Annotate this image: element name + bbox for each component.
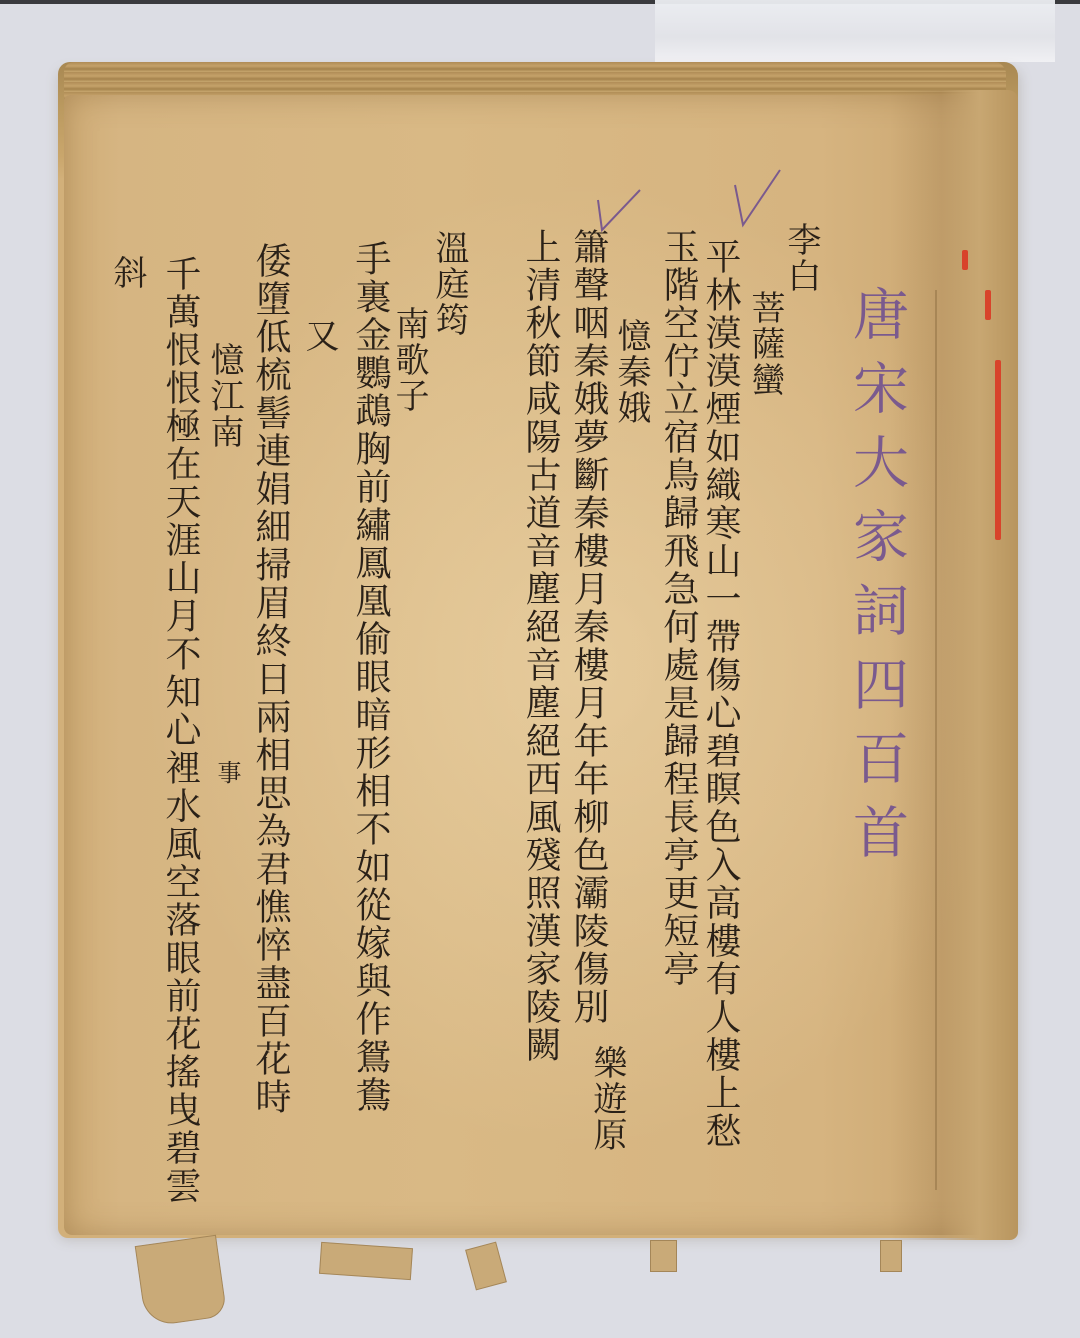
tune-title: 憶秦娥: [612, 318, 650, 426]
poem-line: 倭墮低梳髻連娟細掃眉終日兩相思為君憔悴盡百花時: [250, 242, 290, 1116]
poem-line: 千萬恨恨極在天涯山月不知心裡水風空落眼前花搖曳碧雲: [160, 255, 200, 1205]
tune-title: 菩薩蠻: [746, 290, 784, 398]
author-name: 李白: [782, 222, 820, 294]
poem-line: 上清秋節咸陽古道音塵絕音塵絕西風殘照漢家陵闕: [520, 228, 560, 1064]
check-mark-icon: [725, 165, 785, 235]
fold-crease: [935, 290, 937, 1190]
poem-line-note: 樂遊原: [588, 1045, 626, 1153]
tune-title: 憶江南: [205, 342, 243, 450]
poem-line: 玉階空佇立宿鳥歸飛急何處是歸程長亭更短亭: [658, 228, 698, 988]
margin-annotation: 事: [214, 760, 240, 786]
poem-line: 簫聲咽秦娥夢斷秦樓月秦樓月年年柳色灞陵傷別: [568, 228, 608, 1026]
tune-title: 南歌子: [390, 306, 428, 414]
tune-title: 又: [300, 318, 338, 354]
worn-right-edge: [890, 90, 1018, 1240]
adhesive-tape: [655, 0, 1055, 62]
poem-line: 斜: [108, 255, 146, 291]
author-name: 溫庭筠: [430, 230, 468, 338]
poem-line: 平林漠漠煙如織寒山一帶傷心碧瞑色入高樓有人樓上愁: [700, 238, 740, 1150]
manuscript-title: 唐宋大家詞四百首: [846, 285, 906, 877]
poem-line: 手裏金鸚鵡胸前繡鳳凰偷眼暗形相不如從嫁與作鴛鴦: [350, 240, 390, 1114]
